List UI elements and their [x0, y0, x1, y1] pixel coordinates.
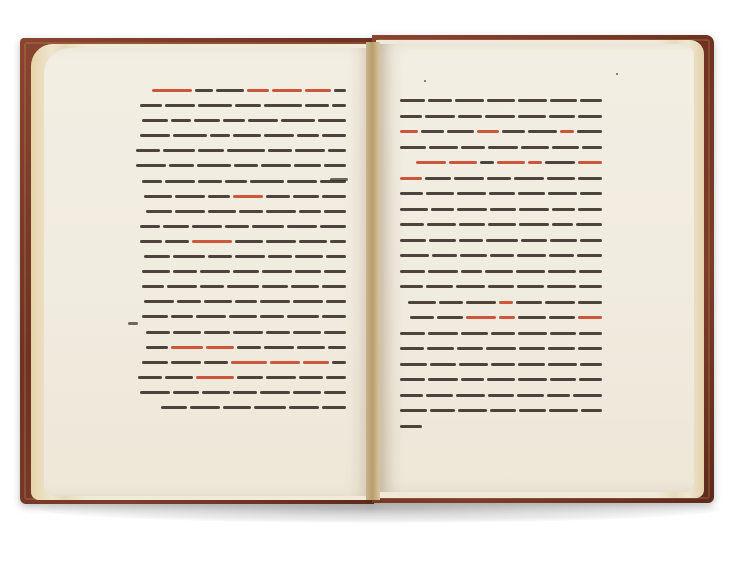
manuscript-line — [136, 131, 346, 140]
ink-stroke — [400, 146, 426, 149]
ink-stroke — [237, 346, 261, 349]
ink-stroke — [171, 119, 191, 122]
ink-stroke — [136, 164, 166, 167]
ink-stroke — [580, 239, 602, 242]
ink-stroke — [400, 394, 423, 397]
ink-stroke — [322, 406, 346, 409]
ink-stroke — [400, 332, 425, 335]
ink-stroke — [287, 315, 319, 318]
ink-stroke — [488, 394, 513, 397]
ink-stroke — [140, 240, 162, 243]
ink-stroke — [485, 115, 515, 118]
ink-stroke — [210, 134, 230, 137]
ink-stroke — [550, 332, 575, 335]
ink-stroke — [142, 180, 162, 183]
rubric-ink-stroke — [152, 89, 192, 92]
ink-stroke — [514, 177, 544, 180]
manuscript-line — [136, 358, 346, 367]
ink-stroke — [487, 99, 514, 102]
ink-stroke — [458, 409, 487, 412]
ink-stroke — [146, 210, 172, 213]
ink-stroke — [457, 192, 486, 195]
ink-stroke — [260, 315, 284, 318]
ink-stroke — [326, 376, 346, 379]
ink-stroke — [437, 316, 463, 319]
ink-stroke — [428, 99, 451, 102]
left-margin-note — [128, 322, 138, 325]
ink-stroke — [293, 391, 321, 394]
ink-stroke — [233, 391, 257, 394]
ink-stroke — [264, 104, 302, 107]
ink-stroke — [518, 363, 545, 366]
rubric-ink-stroke — [528, 161, 542, 164]
ink-stroke — [519, 347, 545, 350]
ink-stroke — [204, 331, 230, 334]
manuscript-line — [400, 189, 602, 198]
rubric-ink-stroke — [499, 301, 513, 304]
ink-stroke — [163, 225, 189, 228]
ink-stroke — [192, 225, 222, 228]
ink-stroke — [400, 208, 428, 211]
ink-stroke — [552, 223, 574, 226]
manuscript-line — [136, 207, 346, 216]
ink-stroke — [175, 210, 205, 213]
ink-stroke — [461, 378, 484, 381]
ink-stroke — [578, 208, 602, 211]
ink-stroke — [248, 119, 278, 122]
manuscript-line — [136, 101, 346, 110]
ink-stroke — [457, 208, 487, 211]
ink-stroke — [517, 394, 544, 397]
ink-stroke — [140, 104, 162, 107]
left-page-text-block — [136, 86, 346, 412]
ink-stroke — [466, 301, 496, 304]
ink-stroke — [171, 315, 193, 318]
ink-stroke — [426, 394, 453, 397]
ink-stroke — [299, 376, 323, 379]
ink-stroke — [287, 180, 317, 183]
ink-stroke — [252, 225, 284, 228]
ink-stroke — [400, 239, 426, 242]
ink-stroke — [297, 134, 319, 137]
ink-stroke — [266, 210, 296, 213]
ink-stroke — [400, 347, 424, 350]
ink-stroke — [547, 177, 575, 180]
ink-stroke — [140, 391, 170, 394]
manuscript-line — [400, 329, 602, 338]
ink-stroke — [322, 285, 346, 288]
ink-stroke — [233, 134, 261, 137]
ink-stroke — [235, 104, 261, 107]
ink-stroke — [491, 332, 514, 335]
ink-stroke — [458, 115, 482, 118]
ink-stroke — [326, 255, 346, 258]
ink-stroke — [142, 315, 168, 318]
ink-stroke — [427, 347, 455, 350]
ink-stroke — [461, 146, 485, 149]
rubric-ink-stroke — [499, 316, 515, 319]
ink-stroke — [177, 300, 201, 303]
page-speck — [616, 73, 618, 75]
ink-stroke — [456, 394, 485, 397]
ink-stroke — [400, 378, 425, 381]
ink-stroke — [490, 409, 515, 412]
ink-stroke — [198, 104, 232, 107]
ink-stroke — [487, 177, 511, 180]
ink-stroke — [519, 223, 549, 226]
ink-stroke — [291, 285, 319, 288]
ink-stroke — [254, 406, 286, 409]
manuscript-line — [136, 222, 346, 231]
ink-stroke — [194, 119, 220, 122]
ink-stroke — [225, 180, 247, 183]
ink-stroke — [165, 240, 189, 243]
ink-stroke — [579, 270, 602, 273]
manuscript-line — [136, 403, 346, 412]
ink-stroke — [239, 210, 263, 213]
ink-stroke — [140, 134, 170, 137]
left-margin-note — [330, 178, 348, 181]
ink-stroke — [173, 331, 201, 334]
ink-stroke — [208, 210, 236, 213]
ink-stroke — [299, 240, 327, 243]
ink-stroke — [576, 223, 602, 226]
ink-stroke — [260, 300, 290, 303]
rubric-ink-stroke — [466, 316, 496, 319]
ink-stroke — [400, 254, 429, 257]
rubric-ink-stroke — [272, 89, 302, 92]
manuscript-line — [400, 251, 602, 260]
ink-stroke — [400, 192, 423, 195]
rubric-ink-stroke — [270, 361, 300, 364]
manuscript-line — [400, 360, 602, 369]
ink-stroke — [326, 300, 346, 303]
manuscript-line — [136, 267, 346, 276]
ink-stroke — [223, 119, 245, 122]
ink-stroke — [295, 270, 321, 273]
ink-stroke — [261, 164, 291, 167]
ink-stroke — [439, 301, 463, 304]
ink-stroke — [332, 104, 346, 107]
ink-stroke — [490, 254, 513, 257]
ink-stroke — [144, 195, 172, 198]
ink-stroke — [578, 301, 602, 304]
manuscript-line — [136, 328, 346, 337]
ink-stroke — [518, 115, 546, 118]
ink-stroke — [573, 394, 602, 397]
ink-stroke — [223, 406, 251, 409]
ink-stroke — [486, 347, 516, 350]
ink-stroke — [225, 225, 249, 228]
manuscript-line — [400, 313, 602, 322]
ink-stroke — [400, 270, 425, 273]
manuscript-line — [400, 406, 602, 415]
manuscript-line — [400, 112, 602, 121]
ink-stroke — [550, 239, 578, 242]
manuscript-line — [400, 282, 602, 291]
ink-stroke — [490, 208, 516, 211]
manuscript-line — [400, 267, 602, 276]
ink-stroke — [491, 363, 514, 366]
ink-stroke — [173, 270, 197, 273]
ink-stroke — [516, 270, 545, 273]
ink-stroke — [322, 195, 346, 198]
ink-stroke — [528, 130, 557, 133]
manuscript-line — [400, 143, 602, 152]
ink-stroke — [447, 130, 474, 133]
ink-stroke — [200, 270, 230, 273]
ink-stroke — [234, 164, 258, 167]
ink-stroke — [328, 346, 346, 349]
ink-stroke — [295, 255, 323, 258]
rubric-ink-stroke — [400, 177, 422, 180]
ink-stroke — [518, 192, 545, 195]
ink-stroke — [400, 425, 422, 428]
ink-stroke — [431, 208, 455, 211]
manuscript-line — [136, 146, 346, 155]
ink-stroke — [459, 363, 488, 366]
ink-stroke — [428, 270, 457, 273]
manuscript-line — [400, 205, 602, 214]
ink-stroke — [171, 361, 201, 364]
ink-stroke — [200, 285, 224, 288]
manuscript-line — [136, 192, 346, 201]
ink-stroke — [204, 361, 228, 364]
ink-stroke — [320, 225, 346, 228]
ink-stroke — [460, 254, 487, 257]
ink-stroke — [190, 406, 220, 409]
ink-stroke — [142, 119, 168, 122]
ink-stroke — [197, 164, 231, 167]
ink-stroke — [425, 115, 455, 118]
ink-stroke — [281, 119, 315, 122]
manuscript-line — [136, 237, 346, 246]
ink-stroke — [459, 239, 483, 242]
ink-stroke — [334, 89, 346, 92]
ink-stroke — [324, 270, 346, 273]
ink-stroke — [324, 164, 346, 167]
ink-stroke — [400, 99, 425, 102]
ink-stroke — [578, 115, 602, 118]
ink-stroke — [216, 89, 244, 92]
ink-stroke — [146, 346, 168, 349]
rubric-ink-stroke — [233, 195, 263, 198]
ink-stroke — [165, 104, 195, 107]
rubric-ink-stroke — [400, 130, 418, 133]
ink-stroke — [293, 331, 321, 334]
manuscript-line — [400, 220, 602, 229]
ink-stroke — [266, 331, 290, 334]
ink-stroke — [136, 149, 160, 152]
ink-stroke — [485, 270, 512, 273]
ink-stroke — [456, 285, 485, 288]
ink-stroke — [140, 225, 160, 228]
ink-stroke — [262, 270, 292, 273]
ink-stroke — [266, 376, 296, 379]
rubric-ink-stroke — [305, 89, 331, 92]
ink-stroke — [229, 315, 257, 318]
ink-stroke — [165, 376, 193, 379]
rubric-ink-stroke — [416, 161, 446, 164]
ink-stroke — [516, 301, 542, 304]
ink-stroke — [144, 300, 174, 303]
page-speck — [424, 80, 426, 82]
manuscript-line — [136, 297, 346, 306]
ink-stroke — [430, 409, 455, 412]
rubric-ink-stroke — [206, 346, 234, 349]
ink-stroke — [548, 270, 575, 273]
ink-stroke — [233, 270, 259, 273]
ink-stroke — [489, 192, 514, 195]
ink-stroke — [202, 391, 230, 394]
ink-stroke — [488, 146, 518, 149]
ink-stroke — [545, 301, 575, 304]
ink-stroke — [400, 115, 422, 118]
ink-stroke — [421, 130, 444, 133]
ink-stroke — [582, 146, 602, 149]
ink-stroke — [550, 99, 577, 102]
book-gutter — [366, 42, 380, 500]
ink-stroke — [580, 99, 602, 102]
ink-stroke — [293, 195, 319, 198]
ink-stroke — [430, 363, 455, 366]
ink-stroke — [266, 240, 296, 243]
rubric-ink-stroke — [303, 361, 329, 364]
manuscript-line — [136, 282, 346, 291]
ink-stroke — [165, 180, 195, 183]
ink-stroke — [549, 254, 574, 257]
ink-stroke — [548, 347, 576, 350]
rubric-ink-stroke — [449, 161, 477, 164]
manuscript-line — [400, 174, 602, 183]
ink-stroke — [461, 270, 483, 273]
ink-stroke — [550, 378, 575, 381]
ink-stroke — [264, 134, 294, 137]
rubric-ink-stroke — [171, 346, 203, 349]
ink-stroke — [429, 146, 459, 149]
ink-stroke — [455, 99, 484, 102]
ink-stroke — [480, 161, 494, 164]
ink-stroke — [318, 119, 346, 122]
ink-stroke — [521, 146, 549, 149]
right-page-text-block — [400, 96, 602, 431]
manuscript-line — [136, 177, 346, 186]
ink-stroke — [518, 378, 547, 381]
ink-stroke — [235, 255, 265, 258]
rubric-ink-stroke — [231, 361, 267, 364]
ink-stroke — [237, 376, 263, 379]
manuscript-line — [136, 343, 346, 352]
ink-stroke — [324, 391, 346, 394]
ink-stroke — [457, 347, 483, 350]
rubric-ink-stroke — [192, 240, 232, 243]
ink-stroke — [518, 99, 547, 102]
ink-stroke — [549, 316, 575, 319]
ink-stroke — [144, 255, 170, 258]
ink-stroke — [297, 346, 325, 349]
rubric-ink-stroke — [477, 130, 498, 133]
ink-stroke — [294, 164, 322, 167]
ink-stroke — [400, 223, 424, 226]
ink-stroke — [204, 300, 232, 303]
ink-stroke — [264, 346, 294, 349]
ink-stroke — [227, 285, 259, 288]
rubric-ink-stroke — [578, 161, 602, 164]
ink-stroke — [579, 378, 602, 381]
ink-stroke — [552, 208, 576, 211]
manuscript-line — [400, 236, 602, 245]
ink-stroke — [580, 192, 602, 195]
ink-stroke — [429, 239, 457, 242]
ink-stroke — [173, 391, 199, 394]
ink-stroke — [235, 240, 263, 243]
ink-stroke — [235, 300, 257, 303]
ink-stroke — [577, 254, 602, 257]
ink-stroke — [432, 254, 457, 257]
ink-stroke — [324, 331, 346, 334]
ink-stroke — [233, 331, 263, 334]
ink-stroke — [454, 177, 484, 180]
manuscript-line — [400, 158, 602, 167]
ink-stroke — [488, 285, 513, 288]
ink-stroke — [173, 134, 207, 137]
ink-stroke — [461, 332, 488, 335]
manuscript-line — [136, 161, 346, 170]
ink-stroke — [330, 240, 346, 243]
ink-stroke — [578, 347, 602, 350]
ink-stroke — [426, 192, 453, 195]
ink-stroke — [519, 208, 549, 211]
manuscript-line — [136, 373, 346, 382]
ink-stroke — [517, 285, 544, 288]
ink-stroke — [502, 130, 525, 133]
ink-stroke — [459, 223, 485, 226]
ink-stroke — [287, 225, 317, 228]
ink-stroke — [487, 378, 514, 381]
ink-stroke — [581, 409, 602, 412]
ink-stroke — [208, 255, 232, 258]
ink-stroke — [547, 285, 576, 288]
ink-stroke — [488, 223, 516, 226]
rubric-ink-stroke — [560, 130, 574, 133]
ink-stroke — [268, 149, 292, 152]
ink-stroke — [163, 149, 195, 152]
ink-stroke — [198, 149, 224, 152]
rubric-ink-stroke — [247, 89, 269, 92]
ink-stroke — [549, 409, 578, 412]
manuscript-line — [400, 391, 602, 400]
ink-stroke — [400, 285, 423, 288]
manuscript-line — [400, 127, 602, 136]
ink-stroke — [268, 255, 292, 258]
ink-stroke — [400, 409, 427, 412]
ink-stroke — [427, 223, 457, 226]
rubric-ink-stroke — [497, 161, 525, 164]
ink-stroke — [332, 361, 346, 364]
ink-stroke — [173, 255, 205, 258]
manuscript-line — [400, 422, 602, 431]
ink-stroke — [545, 161, 575, 164]
manuscript-line — [400, 298, 602, 307]
ink-stroke — [519, 409, 546, 412]
ink-stroke — [549, 115, 575, 118]
ink-stroke — [577, 130, 602, 133]
ink-stroke — [517, 254, 546, 257]
ink-stroke — [428, 332, 457, 335]
ink-stroke — [293, 300, 323, 303]
rubric-ink-stroke — [578, 316, 602, 319]
ink-stroke — [295, 149, 325, 152]
